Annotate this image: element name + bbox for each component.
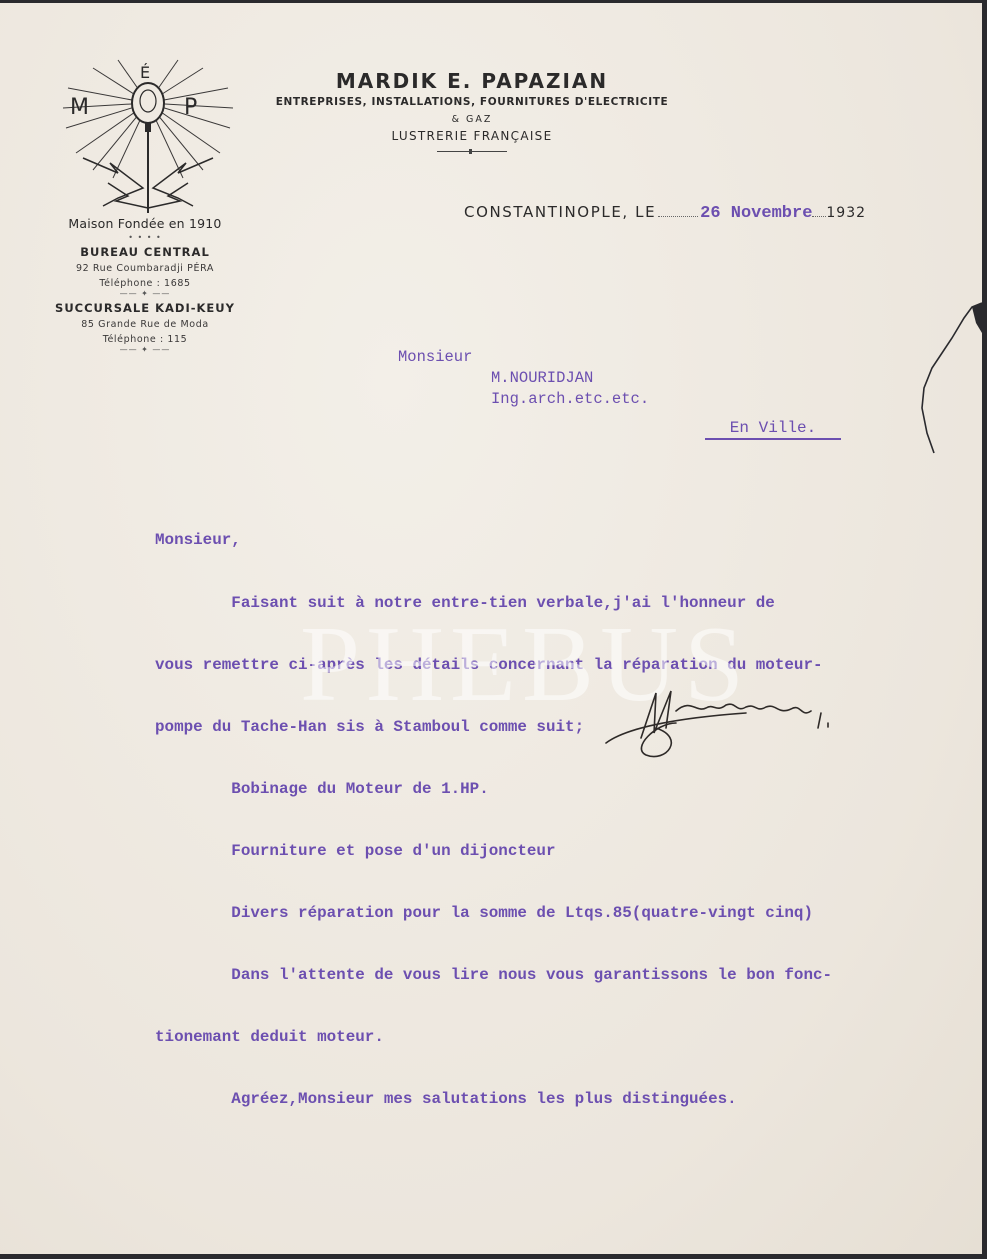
recipient-title: Ing.arch.etc.etc. <box>398 389 649 410</box>
body-line: vous remettre ci-après les détails conce… <box>155 655 832 676</box>
recipient-block: Monsieur M.NOURIDJAN Ing.arch.etc.etc. <box>398 347 649 410</box>
ornament-divider: —— ✦ —— <box>40 289 250 299</box>
ornament-divider: • • • • <box>40 233 250 243</box>
date-line: CONSTANTINOPLE, LE26 Novembre1932 <box>464 203 866 223</box>
city-label: CONSTANTINOPLE, LE <box>464 203 656 221</box>
paper-tear <box>872 293 982 483</box>
office-address: 85 Grande Rue de Moda <box>40 319 250 330</box>
body-line: tionemant deduit moteur. <box>155 1027 832 1048</box>
svg-text:P: P <box>184 95 197 120</box>
letterhead-header: MARDIK E. PAPAZIAN ENTREPRISES, INSTALLA… <box>262 63 682 153</box>
office-phone: Téléphone : 115 <box>40 334 250 345</box>
recipient-name: M.NOURIDJAN <box>398 368 649 389</box>
body-line: Faisant suit à notre entre-tien verbale,… <box>155 593 832 614</box>
svg-text:É: É <box>140 63 150 82</box>
company-tagline: LUSTRERIE FRANÇAISE <box>262 129 682 143</box>
office-phone: Téléphone : 1685 <box>40 278 250 289</box>
letter-body: Monsieur, Faisant suit à notre entre-tie… <box>155 489 832 1152</box>
body-line: Divers réparation pour la somme de Ltqs.… <box>155 903 832 924</box>
ornament-divider <box>437 151 507 153</box>
date-day-month: 26 Novembre <box>700 204 812 223</box>
company-logo-icon: M É P <box>48 58 248 218</box>
company-subtitle: ENTREPRISES, INSTALLATIONS, FOURNITURES … <box>262 96 682 108</box>
body-line: Monsieur, <box>155 530 832 551</box>
body-line: Fourniture et pose d'un dijoncteur <box>155 841 832 862</box>
letter-page: M É P Maison Fondée en 1910 • • • • BURE… <box>0 3 982 1254</box>
office-address: 92 Rue Coumbaradji PÉRA <box>40 263 250 274</box>
body-line: Dans l'attente de vous lire nous vous ga… <box>155 965 832 986</box>
date-year: 1932 <box>826 205 866 221</box>
company-name: MARDIK E. PAPAZIAN <box>262 69 682 93</box>
office-title: BUREAU CENTRAL <box>40 245 250 259</box>
recipient-location: En Ville. <box>705 419 841 440</box>
founded-text: Maison Fondée en 1910 <box>40 216 250 231</box>
company-info-column: Maison Fondée en 1910 • • • • BUREAU CEN… <box>40 216 250 355</box>
body-line: Agréez,Monsieur mes salutations les plus… <box>155 1089 832 1110</box>
svg-text:M: M <box>70 95 89 120</box>
company-subtitle-2: & GAZ <box>262 114 682 125</box>
ornament-divider: —— ✦ —— <box>40 345 250 355</box>
body-line: Bobinage du Moteur de 1.HP. <box>155 779 832 800</box>
signature-icon <box>596 683 866 763</box>
office-title: SUCCURSALE KADI-KEUY <box>40 301 250 315</box>
recipient-salutation: Monsieur <box>398 347 649 368</box>
